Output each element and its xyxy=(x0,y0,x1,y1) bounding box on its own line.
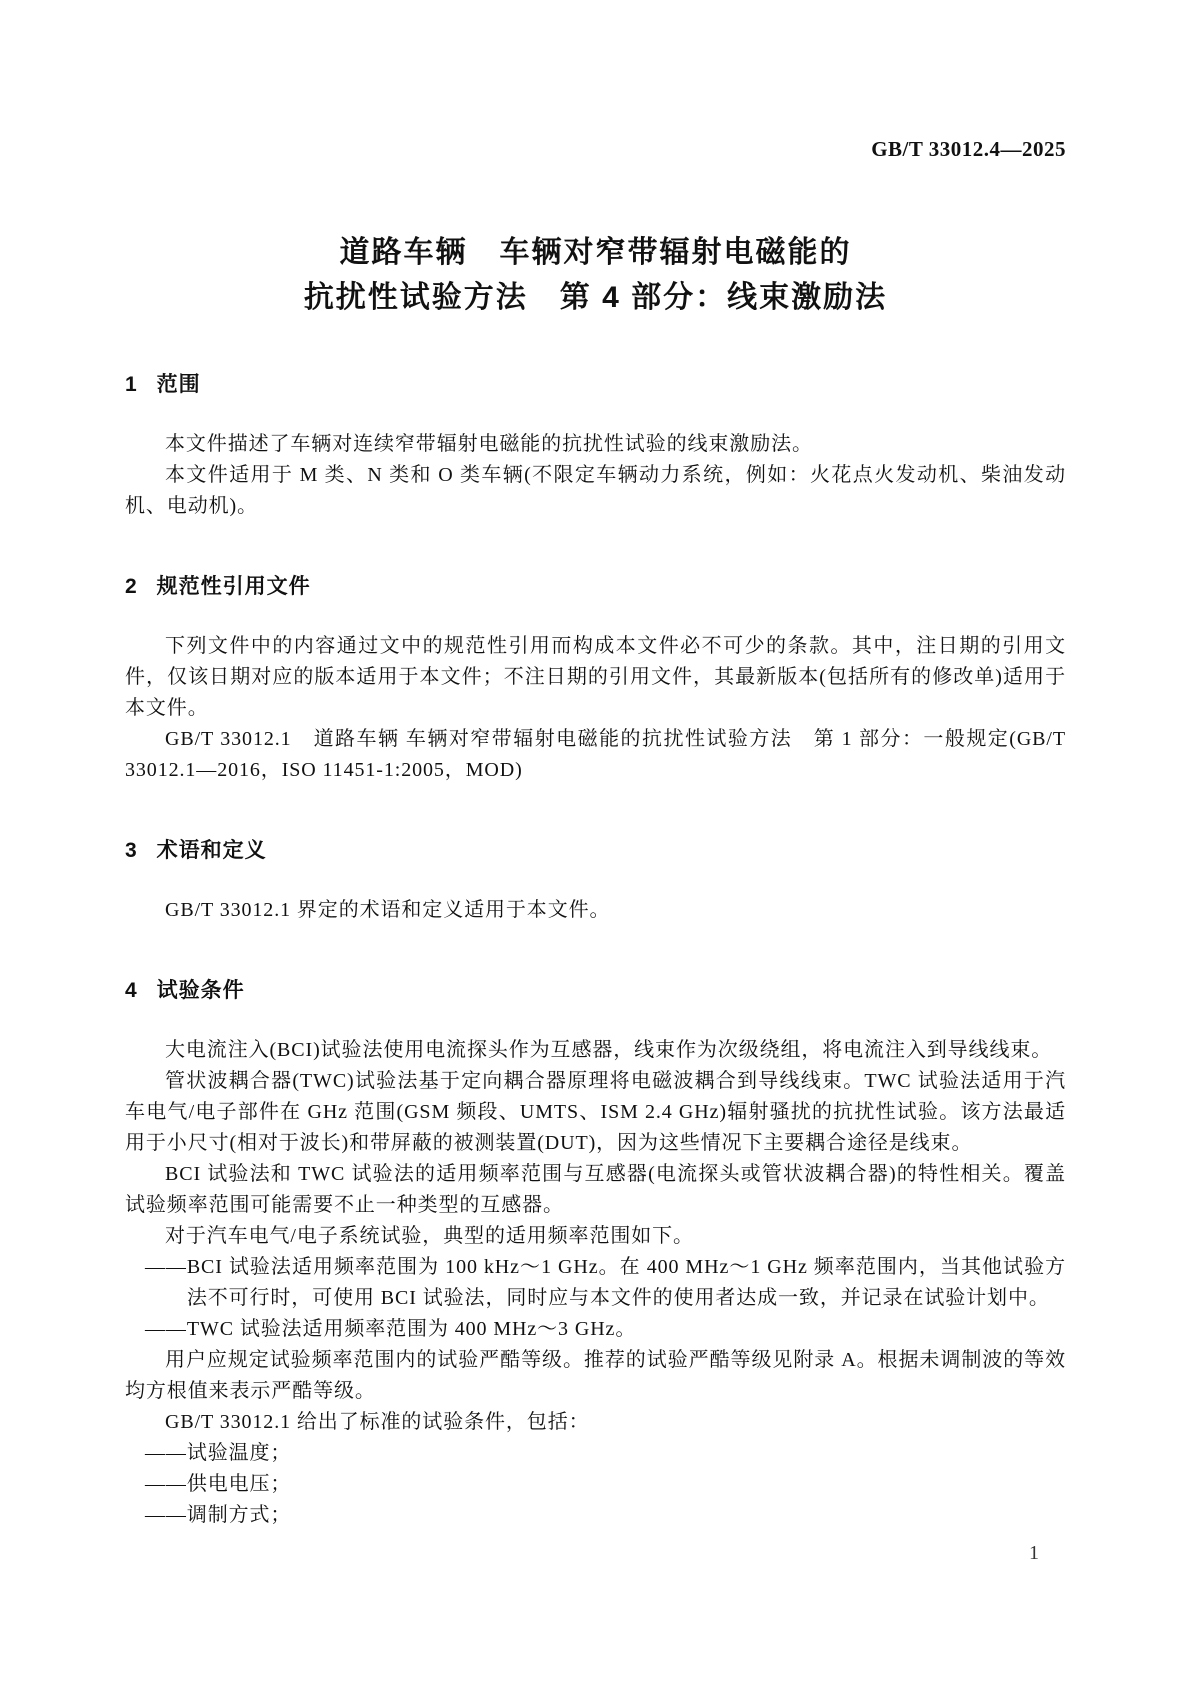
document-title-line2: 抗扰性试验方法 第 4 部分：线束激励法 xyxy=(125,275,1066,320)
section-title: 规范性引用文件 xyxy=(157,575,311,598)
section-title: 试验条件 xyxy=(157,979,245,1002)
section-title: 术语和定义 xyxy=(157,839,267,862)
section-test-conditions-body: 大电流注入(BCI)试验法使用电流探头作为互感器，线束作为次级绕组，将电流注入到… xyxy=(125,1035,1066,1531)
section-heading-normative-references: 2规范性引用文件 xyxy=(125,572,1066,601)
paragraph: 本文件描述了车辆对连续窄带辐射电磁能的抗扰性试验的线束激励法。 xyxy=(125,429,1066,460)
paragraph: 下列文件中的内容通过文中的规范性引用而构成本文件必不可少的条款。其中，注日期的引… xyxy=(125,631,1066,724)
dash-marker: —— xyxy=(145,1500,187,1531)
section-heading-scope: 1范围 xyxy=(125,370,1066,399)
paragraph: GB/T 33012.1 界定的术语和定义适用于本文件。 xyxy=(125,895,1066,926)
document-title-line1: 道路车辆 车辆对窄带辐射电磁能的 xyxy=(125,230,1066,275)
section-number: 2 xyxy=(125,572,138,601)
paragraph: 本文件适用于 M 类、N 类和 O 类车辆(不限定车辆动力系统，例如：火花点火发… xyxy=(125,460,1066,522)
paragraph: 管状波耦合器(TWC)试验法基于定向耦合器原理将电磁波耦合到导线线束。TWC 试… xyxy=(125,1066,1066,1159)
section-number: 4 xyxy=(125,976,138,1005)
list-item-text: BCI 试验法适用频率范围为 100 kHz～1 GHz。在 400 MHz～1… xyxy=(187,1252,1066,1314)
referenced-standard: GB/T 33012.1 道路车辆 车辆对窄带辐射电磁能的抗扰性试验方法 第 1… xyxy=(125,724,1066,786)
list-item-text: 调制方式； xyxy=(187,1500,1066,1531)
paragraph: 大电流注入(BCI)试验法使用电流探头作为互感器，线束作为次级绕组，将电流注入到… xyxy=(125,1035,1066,1066)
dash-marker: —— xyxy=(145,1314,187,1345)
section-title: 范围 xyxy=(157,373,201,396)
paragraph: 用户应规定试验频率范围内的试验严酷等级。推荐的试验严酷等级见附录 A。根据未调制… xyxy=(125,1345,1066,1407)
list-item-test-temperature: —— 试验温度； xyxy=(125,1438,1066,1469)
dash-marker: —— xyxy=(145,1252,187,1283)
list-item-supply-voltage: —— 供电电压； xyxy=(125,1469,1066,1500)
list-item-text: TWC 试验法适用频率范围为 400 MHz～3 GHz。 xyxy=(187,1314,1066,1345)
dash-marker: —— xyxy=(145,1469,187,1500)
section-normative-references-body: 下列文件中的内容通过文中的规范性引用而构成本文件必不可少的条款。其中，注日期的引… xyxy=(125,631,1066,786)
paragraph: BCI 试验法和 TWC 试验法的适用频率范围与互感器(电流探头或管状波耦合器)… xyxy=(125,1159,1066,1221)
standard-number: GB/T 33012.4—2025 xyxy=(125,136,1066,162)
document-page: GB/T 33012.4—2025 道路车辆 车辆对窄带辐射电磁能的 抗扰性试验… xyxy=(0,0,1191,1685)
list-item-twc-frequency-range: —— TWC 试验法适用频率范围为 400 MHz～3 GHz。 xyxy=(125,1314,1066,1345)
list-item-bci-frequency-range: —— BCI 试验法适用频率范围为 100 kHz～1 GHz。在 400 MH… xyxy=(125,1252,1066,1314)
list-item-text: 试验温度； xyxy=(187,1438,1066,1469)
section-heading-test-conditions: 4试验条件 xyxy=(125,976,1066,1005)
section-number: 1 xyxy=(125,370,138,399)
section-scope-body: 本文件描述了车辆对连续窄带辐射电磁能的抗扰性试验的线束激励法。 本文件适用于 M… xyxy=(125,429,1066,522)
document-title: 道路车辆 车辆对窄带辐射电磁能的 抗扰性试验方法 第 4 部分：线束激励法 xyxy=(125,230,1066,320)
section-terms-body: GB/T 33012.1 界定的术语和定义适用于本文件。 xyxy=(125,895,1066,926)
dash-marker: —— xyxy=(145,1438,187,1469)
list-item-text: 供电电压； xyxy=(187,1469,1066,1500)
paragraph: GB/T 33012.1 给出了标准的试验条件，包括： xyxy=(125,1407,1066,1438)
section-heading-terms: 3术语和定义 xyxy=(125,836,1066,865)
section-number: 3 xyxy=(125,836,138,865)
list-item-modulation-mode: —— 调制方式； xyxy=(125,1500,1066,1531)
paragraph: 对于汽车电气/电子系统试验，典型的适用频率范围如下。 xyxy=(125,1221,1066,1252)
page-number: 1 xyxy=(1029,1542,1039,1565)
